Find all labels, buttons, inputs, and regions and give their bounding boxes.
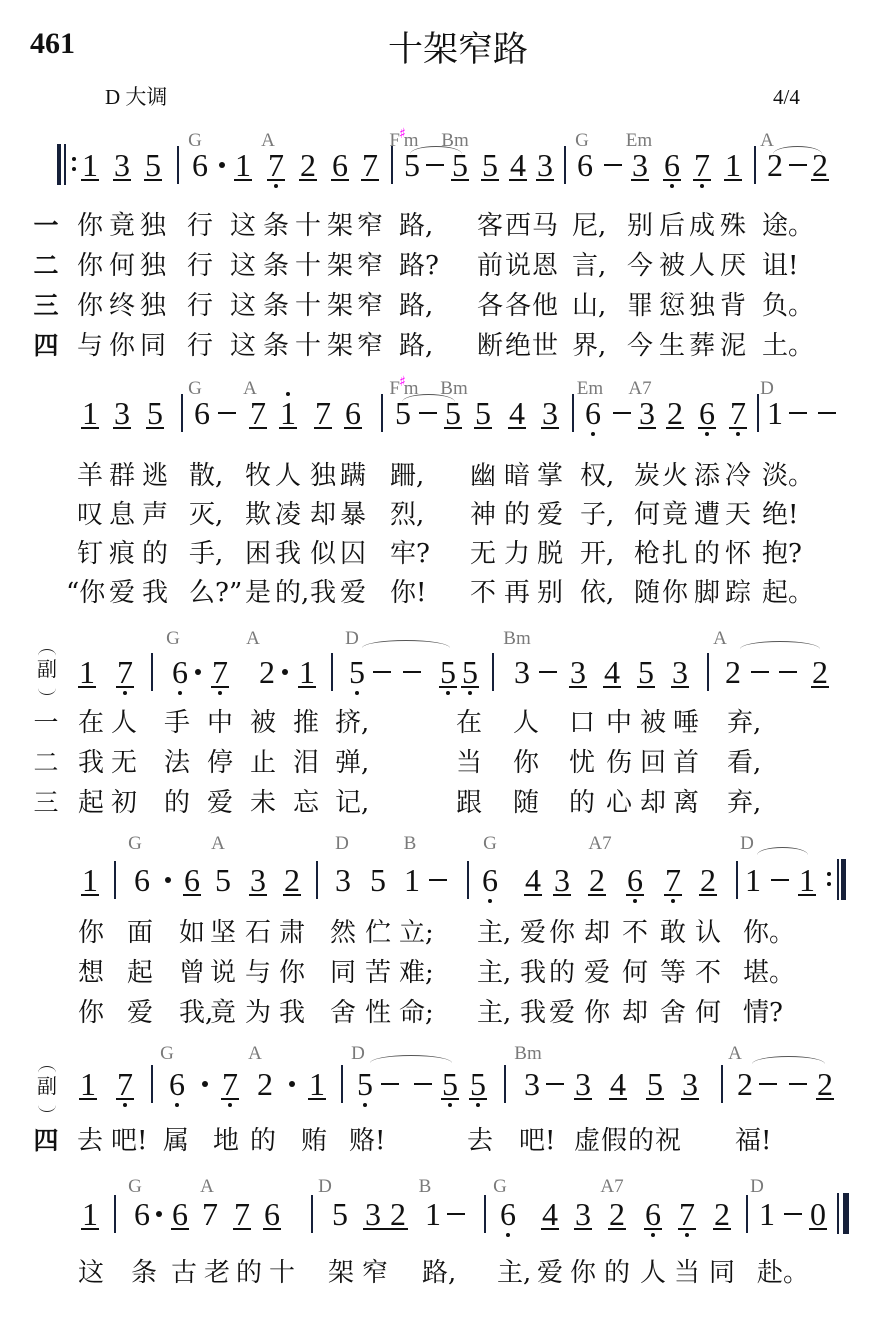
- lyric-syllable: 绝!: [762, 501, 798, 529]
- chord-root: G: [483, 833, 497, 854]
- note-4: 4: [510, 149, 526, 181]
- barline: [736, 861, 738, 899]
- lyric-syllable: 脱: [537, 540, 563, 568]
- verse-number: 三: [33, 789, 58, 817]
- lower-octave-dot: [178, 691, 182, 695]
- lyric-syllable: 在: [78, 709, 104, 737]
- chord-root: D: [345, 628, 359, 649]
- eighth-underline: [569, 686, 587, 688]
- eighth-underline: [729, 427, 747, 429]
- augmentation-dot: [289, 1081, 295, 1087]
- augmentation-dot: [165, 877, 171, 883]
- lyric-syllable: 人: [275, 462, 301, 490]
- barline: [181, 394, 183, 432]
- sustain-dash: [447, 1213, 465, 1215]
- eighth-underline: [724, 179, 742, 181]
- lyric-syllable: 欺: [245, 501, 271, 529]
- lyric-syllable: 与: [77, 332, 103, 360]
- bracket-top-icon: [38, 1066, 56, 1073]
- lyric-syllable: 不: [470, 579, 496, 607]
- sustain-dash: [604, 164, 622, 166]
- note-2: 2: [390, 1198, 406, 1230]
- chord-root: G: [160, 1043, 174, 1064]
- note-5: 5: [462, 656, 478, 688]
- note-3: 3: [632, 149, 648, 181]
- note-5: 5: [332, 1198, 348, 1230]
- barline: [341, 1065, 343, 1103]
- verse-number: 二: [33, 749, 58, 777]
- lyric-syllable: 愆: [659, 292, 685, 320]
- eighth-underline: [626, 894, 644, 896]
- augmentation-dot: [219, 162, 225, 168]
- lyric-syllable: 各: [505, 292, 531, 320]
- lyric-syllable: 后: [659, 212, 685, 240]
- lyric-syllable: 这: [230, 292, 256, 320]
- chord-symbol: D: [345, 629, 359, 648]
- lyric-syllable: 界,: [572, 332, 606, 360]
- lyric-syllable: 淡。: [762, 462, 814, 490]
- note-5: 5: [638, 656, 654, 688]
- note-2: 2: [259, 656, 275, 688]
- note-3: 3: [524, 1068, 540, 1100]
- lyric-syllable: 心: [606, 789, 632, 817]
- lyric-syllable: 假: [601, 1127, 627, 1155]
- sustain-dash: [426, 164, 444, 166]
- tie-arc: [362, 640, 450, 648]
- lyric-syllable: 敢: [660, 919, 686, 947]
- lyric-syllable: 却: [310, 501, 336, 529]
- eighth-underline: [588, 894, 606, 896]
- lyric-syllable: 却: [622, 999, 648, 1027]
- eighth-underline: [113, 427, 131, 429]
- eighth-underline: [509, 179, 527, 181]
- lyric-syllable: 人: [111, 709, 137, 737]
- barline: [151, 653, 153, 691]
- augmentation-dot: [282, 669, 288, 675]
- note-1: 1: [82, 864, 98, 896]
- lyric-syllable: 福!: [735, 1127, 771, 1155]
- lyric-syllable: 恩: [532, 252, 558, 280]
- lyric-syllable: 再: [504, 579, 530, 607]
- lyric-syllable: 凌: [275, 501, 301, 529]
- eighth-underline: [144, 179, 162, 181]
- note-2: 2: [700, 864, 716, 896]
- eighth-underline: [249, 894, 267, 896]
- lyric-syllable: 架: [328, 1259, 354, 1287]
- chord-symbol: A: [246, 629, 260, 648]
- chord-symbol: A: [248, 1044, 262, 1063]
- eighth-underline: [344, 427, 362, 429]
- barline: [504, 1065, 506, 1103]
- lyric-syllable: 止: [250, 749, 276, 777]
- eighth-underline: [681, 1098, 699, 1100]
- lyric-syllable: 架: [327, 292, 353, 320]
- eighth-underline: [439, 686, 457, 688]
- lyric-syllable: 灭,: [189, 501, 223, 529]
- verse-number: 三: [33, 292, 58, 320]
- note-6: 6: [264, 1198, 280, 1230]
- chord-root: A: [200, 1176, 214, 1197]
- lower-octave-dot: [218, 691, 222, 695]
- sharp-icon: ♯: [399, 126, 406, 142]
- lyric-syllable: 这: [230, 252, 256, 280]
- lyric-syllable: 是: [245, 579, 271, 607]
- eighth-underline: [283, 894, 301, 896]
- lyric-syllable: 主,: [477, 919, 511, 947]
- lyric-syllable: 困: [245, 540, 271, 568]
- barline: [754, 146, 756, 184]
- note-1: 1: [280, 397, 296, 429]
- lyric-syllable: 土。: [762, 332, 814, 360]
- lyric-syllable: 你: [279, 959, 305, 987]
- sustain-dash: [789, 1083, 807, 1085]
- lyric-syllable: 竟: [109, 212, 135, 240]
- lower-octave-dot: [363, 1103, 367, 1107]
- lyric-syllable: 如: [179, 919, 205, 947]
- eighth-underline: [79, 1098, 97, 1100]
- note-2: 2: [284, 864, 300, 896]
- chord-symbol: G: [128, 834, 142, 853]
- lyric-syllable: 暗: [504, 462, 530, 490]
- barline: [484, 1195, 486, 1233]
- lower-octave-dot: [736, 432, 740, 436]
- lyric-syllable: 停: [207, 749, 233, 777]
- lyric-syllable: 生: [659, 332, 685, 360]
- lyric-syllable: 跚,: [390, 462, 424, 490]
- barline: [707, 653, 709, 691]
- lower-octave-dot: [355, 691, 359, 695]
- chord-symbol: G: [483, 834, 497, 853]
- lyric-syllable: 赴。: [757, 1259, 809, 1287]
- note-5: 5: [475, 397, 491, 429]
- lyric-syllable: 负。: [762, 292, 814, 320]
- lower-octave-dot: [700, 184, 704, 188]
- chord-symbol: A: [200, 1177, 214, 1196]
- eighth-underline: [444, 427, 462, 429]
- lyric-syllable: 开,: [580, 540, 614, 568]
- lyric-syllable: 十: [295, 212, 321, 240]
- lyric-syllable: 我: [275, 540, 301, 568]
- eighth-underline: [637, 686, 655, 688]
- eighth-underline: [678, 1228, 696, 1230]
- repeat-end-thick-barline: [841, 859, 846, 900]
- lyric-syllable: 十: [295, 252, 321, 280]
- sustain-dash: [779, 671, 797, 673]
- lyric-syllable: 你: [570, 1259, 596, 1287]
- lyric-syllable: 添: [694, 462, 720, 490]
- note-1: 1: [299, 656, 315, 688]
- lyric-syllable: 你: [78, 919, 104, 947]
- eighth-underline: [211, 686, 229, 688]
- note-3: 3: [335, 864, 351, 896]
- eighth-underline: [608, 1228, 626, 1230]
- eighth-underline: [474, 427, 492, 429]
- note-1: 1: [309, 1068, 325, 1100]
- lyric-syllable: 西: [505, 212, 531, 240]
- lyric-syllable: 法: [164, 749, 190, 777]
- lyric-syllable: 蹒: [340, 462, 366, 490]
- note-3: 3: [575, 1068, 591, 1100]
- chord-quality: 7: [614, 1176, 624, 1197]
- lyric-syllable: 不: [622, 919, 648, 947]
- lyric-syllable: 力: [504, 540, 530, 568]
- note-4: 4: [610, 1068, 626, 1100]
- eighth-underline: [331, 179, 349, 181]
- chord-root: A: [588, 833, 602, 854]
- lyric-syllable: 你: [109, 332, 135, 360]
- chord-root: B: [503, 628, 516, 649]
- lyric-syllable: 言,: [572, 252, 606, 280]
- lyric-syllable: 窄: [357, 212, 383, 240]
- note-2: 2: [725, 656, 741, 688]
- repeat-end-thin-barline: [837, 859, 839, 900]
- lyric-syllable: 的: [250, 1127, 276, 1155]
- lyric-syllable: 遭: [694, 501, 720, 529]
- lyric-syllable: 羊: [77, 462, 103, 490]
- note-6: 6: [627, 864, 643, 896]
- lyric-syllable: 神: [470, 501, 496, 529]
- note-4: 4: [604, 656, 620, 688]
- eighth-underline: [603, 686, 621, 688]
- lyric-syllable: 初: [111, 789, 137, 817]
- lower-octave-dot: [476, 1103, 480, 1107]
- barline: [114, 1195, 116, 1233]
- chord-symbol: A: [713, 629, 727, 648]
- note-3: 3: [514, 656, 530, 688]
- note-1: 1: [799, 864, 815, 896]
- lower-octave-dot: [671, 899, 675, 903]
- lyric-syllable: 别: [537, 579, 563, 607]
- lyric-syllable: 性: [365, 999, 391, 1027]
- lyric-syllable: 伤: [606, 749, 632, 777]
- eighth-underline: [146, 427, 164, 429]
- lyric-syllable: 古: [171, 1259, 197, 1287]
- augmentation-dot: [202, 1081, 208, 1087]
- lower-octave-dot: [506, 1233, 510, 1237]
- eighth-underline: [183, 894, 201, 896]
- note-5: 5: [147, 397, 163, 429]
- note-1: 1: [82, 397, 98, 429]
- lyric-syllable: 何: [622, 959, 648, 987]
- lyric-syllable: 脚: [694, 579, 720, 607]
- lyric-syllable: 肃: [279, 919, 305, 947]
- note-7: 7: [268, 149, 284, 181]
- chord-symbol: G: [493, 1177, 507, 1196]
- lyric-syllable: 想: [78, 959, 104, 987]
- lyric-syllable: 泥: [720, 332, 746, 360]
- hymn-sheet-page: 461 十架窄路 D 大调 4/4 GAF♯mBmGEmA13561726755…: [0, 0, 884, 1322]
- lyric-syllable: 路,: [399, 332, 433, 360]
- lyric-syllable: 竟: [662, 501, 688, 529]
- note-7: 7: [665, 864, 681, 896]
- jianpu-score: GAF♯mBmGEmA135617267555436367122一你竟独行这条十…: [0, 0, 884, 1322]
- lyric-syllable: 无: [111, 749, 137, 777]
- lyric-syllable: 暴: [340, 501, 366, 529]
- lyric-syllable: 挤,: [335, 709, 369, 737]
- lyric-syllable: 你: [77, 252, 103, 280]
- lyric-syllable: 这: [230, 332, 256, 360]
- eighth-underline: [279, 427, 297, 429]
- eighth-underline: [221, 1098, 239, 1100]
- lyric-syllable: 随: [634, 579, 660, 607]
- lyric-syllable: 你: [549, 919, 575, 947]
- note-2: 2: [300, 149, 316, 181]
- lyric-syllable: 你: [584, 999, 610, 1027]
- lyric-syllable: 的: [142, 540, 168, 568]
- lyric-syllable: “你: [66, 579, 105, 607]
- lyric-syllable: 老: [204, 1259, 230, 1287]
- sustain-dash: [419, 412, 437, 414]
- chorus-label: 副: [35, 1073, 59, 1099]
- eighth-underline: [469, 1098, 487, 1100]
- eighth-underline: [481, 179, 499, 181]
- lyric-syllable: 被: [640, 709, 666, 737]
- lyric-syllable: 窄: [357, 292, 383, 320]
- lyric-syllable: 条: [263, 332, 289, 360]
- lyric-syllable: 在: [456, 709, 482, 737]
- lyric-syllable: 石: [245, 919, 271, 947]
- lyric-syllable: 曾: [179, 959, 205, 987]
- sustain-dash: [381, 1083, 399, 1085]
- lyric-syllable: 天: [725, 501, 751, 529]
- eighth-underline: [638, 427, 656, 429]
- eighth-underline: [308, 1098, 326, 1100]
- barline: [331, 653, 333, 691]
- chord-root: G: [493, 1176, 507, 1197]
- chord-root: G: [128, 1176, 142, 1197]
- lower-octave-dot: [468, 691, 472, 695]
- lower-octave-dot: [705, 432, 709, 436]
- lyric-syllable: 起: [78, 789, 104, 817]
- lyric-syllable: 条: [263, 212, 289, 240]
- lower-octave-dot: [123, 691, 127, 695]
- lower-octave-dot: [446, 691, 450, 695]
- lyric-syllable: 依,: [580, 579, 614, 607]
- lyric-syllable: 回: [640, 749, 666, 777]
- lyric-syllable: 山,: [572, 292, 606, 320]
- final-thick-barline: [843, 1193, 849, 1234]
- lyric-syllable: 我,: [179, 999, 213, 1027]
- eighth-underline: [809, 1228, 827, 1230]
- chord-root: A: [248, 1043, 262, 1064]
- sustain-dash: [751, 671, 769, 673]
- lyric-syllable: 路?: [399, 252, 439, 280]
- note-2: 2: [257, 1068, 273, 1100]
- chord-root: B: [404, 833, 417, 854]
- chord-symbol: B: [419, 1177, 432, 1196]
- eighth-underline: [267, 179, 285, 181]
- chord-quality: m: [527, 1043, 542, 1064]
- note-6: 6: [577, 149, 593, 181]
- lyric-syllable: 却: [584, 919, 610, 947]
- note-3: 3: [639, 397, 655, 429]
- note-2: 2: [589, 864, 605, 896]
- note-6: 6: [192, 149, 208, 181]
- lyric-syllable: 诅!: [762, 252, 798, 280]
- sustain-dash: [429, 879, 447, 881]
- lyric-syllable: 同: [330, 959, 356, 987]
- lyric-syllable: 绝: [505, 332, 531, 360]
- lyric-syllable: 贿: [301, 1127, 327, 1155]
- lyric-syllable: 逃: [142, 462, 168, 490]
- eighth-underline: [116, 686, 134, 688]
- lower-octave-dot: [448, 1103, 452, 1107]
- eighth-underline: [644, 1228, 662, 1230]
- chord-root: A: [211, 833, 225, 854]
- lyric-syllable: 吧!: [111, 1127, 147, 1155]
- eighth-underline: [609, 1098, 627, 1100]
- lyric-syllable: 马: [532, 212, 558, 240]
- eighth-underline: [798, 894, 816, 896]
- verse-number: 四: [33, 1127, 58, 1155]
- note-6: 6: [500, 1198, 516, 1230]
- verse-number: 四: [33, 332, 58, 360]
- lyric-syllable: 地: [213, 1127, 239, 1155]
- lyric-syllable: 忧: [569, 749, 595, 777]
- note-3: 3: [672, 656, 688, 688]
- tie-arc: [740, 641, 820, 649]
- chord-quality: m: [516, 628, 531, 649]
- final-thin-barline: [837, 1193, 839, 1234]
- barline: [316, 861, 318, 899]
- lyric-syllable: 竟: [210, 999, 236, 1027]
- note-6: 6: [482, 864, 498, 896]
- eighth-underline: [663, 179, 681, 181]
- barline: [746, 1195, 748, 1233]
- sustain-dash: [771, 879, 789, 881]
- lyric-syllable: 你!: [390, 579, 426, 607]
- lyric-syllable: 踪: [725, 579, 751, 607]
- lower-octave-dot: [633, 899, 637, 903]
- lyric-syllable: 认: [695, 919, 721, 947]
- lyric-syllable: 祝: [655, 1127, 681, 1155]
- note-6: 6: [172, 656, 188, 688]
- joined-underline: [363, 1228, 408, 1230]
- lyric-syllable: 散,: [189, 462, 223, 490]
- eighth-underline: [816, 1098, 834, 1100]
- eighth-underline: [631, 179, 649, 181]
- sustain-dash: [546, 1083, 564, 1085]
- lyric-syllable: 堪。: [743, 959, 795, 987]
- lyric-syllable: 推: [293, 709, 319, 737]
- lower-octave-dot: [274, 184, 278, 188]
- lyric-syllable: 属: [163, 1127, 189, 1155]
- verse-number: 二: [33, 252, 58, 280]
- note-3: 3: [682, 1068, 698, 1100]
- lyric-syllable: 架: [327, 212, 353, 240]
- lyric-syllable: 叹: [77, 501, 103, 529]
- lyric-syllable: 炭: [634, 462, 660, 490]
- lyric-syllable: 手: [164, 709, 190, 737]
- lyric-syllable: 你: [662, 579, 688, 607]
- lyric-syllable: 中: [207, 709, 233, 737]
- lyric-syllable: 你。: [743, 919, 795, 947]
- lyric-syllable: 我: [520, 999, 546, 1027]
- note-6: 6: [699, 397, 715, 429]
- eighth-underline: [233, 1228, 251, 1230]
- chord-root: A: [600, 1176, 614, 1197]
- sustain-dash: [414, 1083, 432, 1085]
- lyric-syllable: 人: [640, 1259, 666, 1287]
- lyric-syllable: 命;: [399, 999, 434, 1027]
- sharp-icon: ♯: [399, 374, 406, 390]
- lyric-syllable: 世: [532, 332, 558, 360]
- bracket-bottom-icon: [38, 1105, 56, 1112]
- lyric-syllable: 看,: [727, 749, 761, 777]
- eighth-underline: [81, 179, 99, 181]
- sustain-dash: [759, 1083, 777, 1085]
- note-6: 6: [134, 1198, 150, 1230]
